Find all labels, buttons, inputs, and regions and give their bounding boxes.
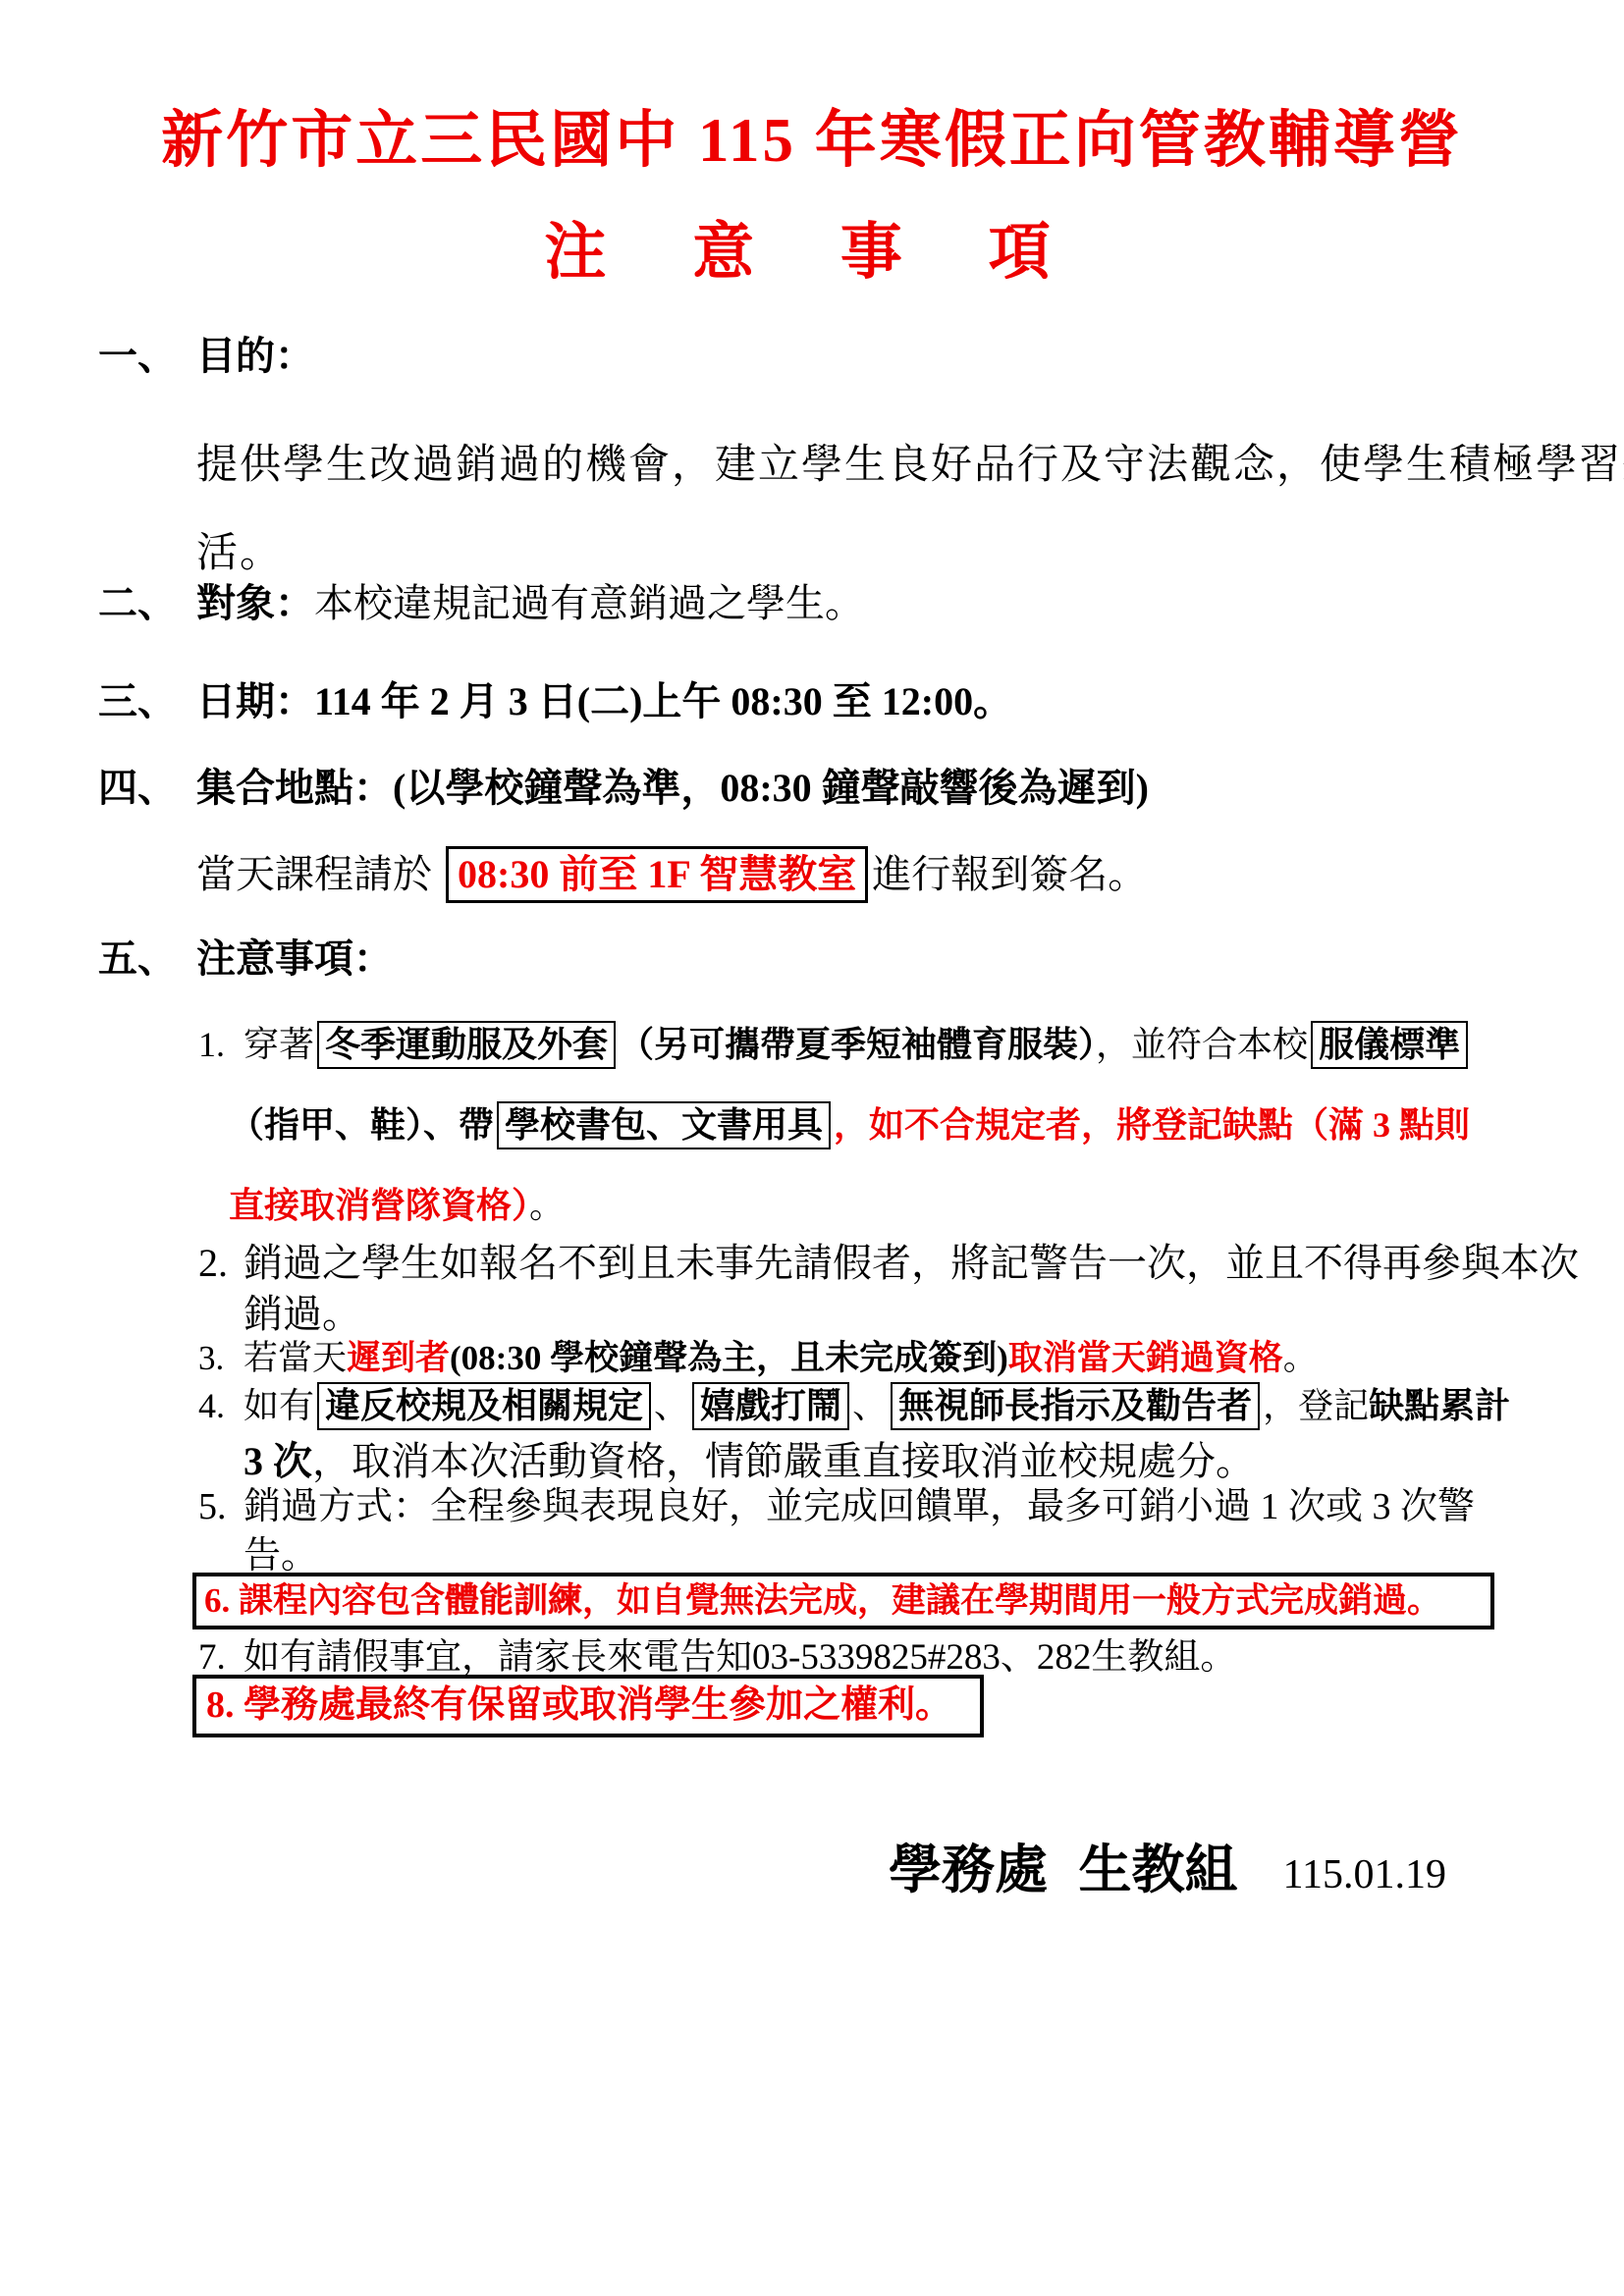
- section-notes-number: 五、: [98, 934, 196, 984]
- item4-line2-rest: ，取消本次活動資格，情節嚴重直接取消並校規處分。: [312, 1439, 1255, 1483]
- section-target-body: 本校違規記過有意銷過之學生。: [314, 581, 864, 625]
- item4-rule-violation-box: 違反校規及相關規定: [317, 1382, 651, 1430]
- section-date-body: 114 年 2 月 3 日(二)上午 08:30 至 12:00。: [314, 679, 1012, 723]
- section-notes-header: 五、注意事項：: [98, 934, 393, 984]
- section-meeting-line2: 當天課程請於 08:30 前至 1F 智慧教室進行報到簽名。: [196, 846, 1147, 903]
- doc-title-line1: 新竹市立三民國中 115 年寒假正向管教輔導營: [0, 90, 1624, 180]
- section-target-number: 二、: [98, 579, 196, 628]
- item1-mid: ，並符合本校: [1096, 1025, 1308, 1064]
- section-date: 三、日期：114 年 2 月 3 日(二)上午 08:30 至 12:00。: [98, 677, 1012, 726]
- note-item4-line1: 4.如有違反校規及相關規定、嬉戲打鬧、無視師長指示及勸告者，登記缺點累計: [198, 1382, 1510, 1430]
- section-target-label: 對象：: [196, 581, 314, 625]
- item4-sep2: 、: [852, 1386, 888, 1425]
- note-item3-number: 3.: [198, 1337, 244, 1380]
- section-date-label: 日期：: [196, 679, 314, 723]
- item6-rest: ，如自覺無法完成，建議在學期間用一般方式完成銷過。: [582, 1581, 1441, 1620]
- item4-sep1: 、: [654, 1386, 689, 1425]
- note-item1-line2: （指甲、鞋）、帶學校書包、文書用具，如不合規定者，將登記缺點（滿 3 點則: [229, 1101, 1470, 1149]
- section-purpose-body-line1: 提供學生改過銷過的機會，建立學生良好品行及守法觀念，使學生積極學習生: [196, 440, 1624, 492]
- note-item8-number: 8.: [206, 1684, 235, 1726]
- item4-demerit-bold: 缺點累計: [1369, 1386, 1510, 1425]
- section-purpose-header: 一、目的：: [98, 332, 314, 381]
- item3-paren: (08:30 學校鐘聲為主，且未完成簽到): [450, 1339, 1008, 1377]
- item1-nails-shoes: （指甲、鞋）、帶: [229, 1105, 494, 1145]
- item4-three-times-bold: 3 次: [244, 1439, 312, 1483]
- note-item4-number: 4.: [198, 1384, 244, 1428]
- footer-date: 115.01.19: [1283, 1852, 1446, 1897]
- footer-department: 學務處 生教組: [889, 1841, 1238, 1899]
- note-item4-line2: 3 次，取消本次活動資格，情節嚴重直接取消並校規處分。: [244, 1437, 1255, 1486]
- item1-pre: 穿著: [244, 1025, 314, 1064]
- footer-signature: 學務處 生教組115.01.19: [889, 1838, 1446, 1904]
- item1-penalty-warning: ，如不合規定者，將登記缺點（滿 3 點則: [834, 1105, 1470, 1145]
- section-target: 二、對象：本校違規記過有意銷過之學生。: [98, 579, 864, 628]
- meeting-checkin-highlight-box: 08:30 前至 1F 智慧教室: [446, 846, 868, 903]
- section-purpose-label: 目的：: [196, 334, 314, 378]
- meeting-line2-post: 進行報到簽名。: [872, 852, 1147, 896]
- notice-document: 新竹市立三民國中 115 年寒假正向管教輔導營 注 意 事 項 一、目的： 提供…: [0, 0, 1624, 2296]
- doc-title-line2: 注 意 事 項: [0, 202, 1624, 292]
- note-item6-highlight-box: 6. 課程內容包含體能訓練，如自覺無法完成，建議在學期間用一般方式完成銷過。: [192, 1573, 1494, 1629]
- item1-schoolbag-box: 學校書包、文書用具: [497, 1101, 831, 1149]
- item4-pre: 如有: [244, 1386, 314, 1425]
- item1-winter-uniform-box: 冬季運動服及外套: [317, 1021, 616, 1069]
- item7-text: 如有請假事宜，請家長來電告知03-5339825#283、282生教組。: [244, 1637, 1236, 1678]
- item3-cancel-warning: 取消當天銷過資格: [1008, 1339, 1283, 1377]
- section-meeting: 四、集合地點：(以學校鐘聲為準，08:30 鐘聲敲響後為遲到): [98, 764, 1149, 813]
- section-date-number: 三、: [98, 677, 196, 726]
- item1-disqualify-warning: 直接取消營隊資格）: [229, 1186, 529, 1225]
- item8-text: 學務處最終有保留或取消學生參加之權利。: [244, 1684, 952, 1726]
- item4-mid: ，登記: [1263, 1386, 1369, 1425]
- item1-dress-code-box: 服儀標準: [1311, 1021, 1468, 1069]
- note-item1-line1: 1.穿著冬季運動服及外套（另可攜帶夏季短袖體育服裝），並符合本校服儀標準: [198, 1021, 1471, 1069]
- note-item2-line1: 2.銷過之學生如報名不到且未事先請假者，將記警告一次，並且不得再參與本次: [198, 1239, 1579, 1288]
- note-item1-line3: 直接取消營隊資格）。: [229, 1184, 565, 1228]
- note-item5-number: 5.: [198, 1484, 244, 1531]
- item5-text-line1: 銷過方式：全程參與表現良好，並完成回饋單，最多可銷小過 1 次或 3 次警: [244, 1486, 1475, 1527]
- section-purpose-number: 一、: [98, 332, 196, 381]
- section-meeting-label: 集合地點：: [196, 766, 393, 810]
- section-meeting-number: 四、: [98, 764, 196, 813]
- item6-pre: 課程內容包含: [239, 1581, 445, 1620]
- item3-period: 。: [1283, 1339, 1318, 1377]
- section-purpose-body-line2: 活。: [196, 528, 283, 580]
- item1-period: 。: [529, 1186, 565, 1225]
- item2-text-line1: 銷過之學生如報名不到且未事先請假者，將記警告一次，並且不得再參與本次: [244, 1241, 1579, 1285]
- note-item6-number: 6.: [204, 1581, 230, 1620]
- item6-physical-training-emph: 體能訓練: [445, 1581, 582, 1620]
- note-item8-highlight-box: 8. 學務處最終有保留或取消學生參加之權利。: [192, 1675, 984, 1737]
- item3-pre: 若當天: [244, 1339, 347, 1377]
- note-item1-number: 1.: [198, 1023, 244, 1067]
- item4-ignore-teacher-box: 無視師長指示及勸告者: [891, 1382, 1260, 1430]
- note-item5-line1: 5.銷過方式：全程參與表現良好，並完成回饋單，最多可銷小過 1 次或 3 次警: [198, 1484, 1475, 1531]
- item1-summer-note: （另可攜帶夏季短袖體育服裝）: [619, 1025, 1096, 1064]
- item4-horseplay-box: 嬉戲打鬧: [692, 1382, 849, 1430]
- item3-late-warning: 遲到者: [347, 1339, 450, 1377]
- item2-text-line2: 銷過。: [244, 1292, 361, 1336]
- note-item2-number: 2.: [198, 1239, 244, 1288]
- item5-text-line2: 告。: [244, 1535, 318, 1576]
- section-notes-label: 注意事項：: [196, 936, 393, 981]
- section-meeting-note: (以學校鐘聲為準，08:30 鐘聲敲響後為遲到): [393, 766, 1149, 810]
- note-item3: 3.若當天遲到者(08:30 學校鐘聲為主，且未完成簽到)取消當天銷過資格。: [198, 1337, 1318, 1380]
- note-item2-line2: 銷過。: [244, 1290, 361, 1339]
- meeting-line2-pre: 當天課程請於: [196, 852, 442, 896]
